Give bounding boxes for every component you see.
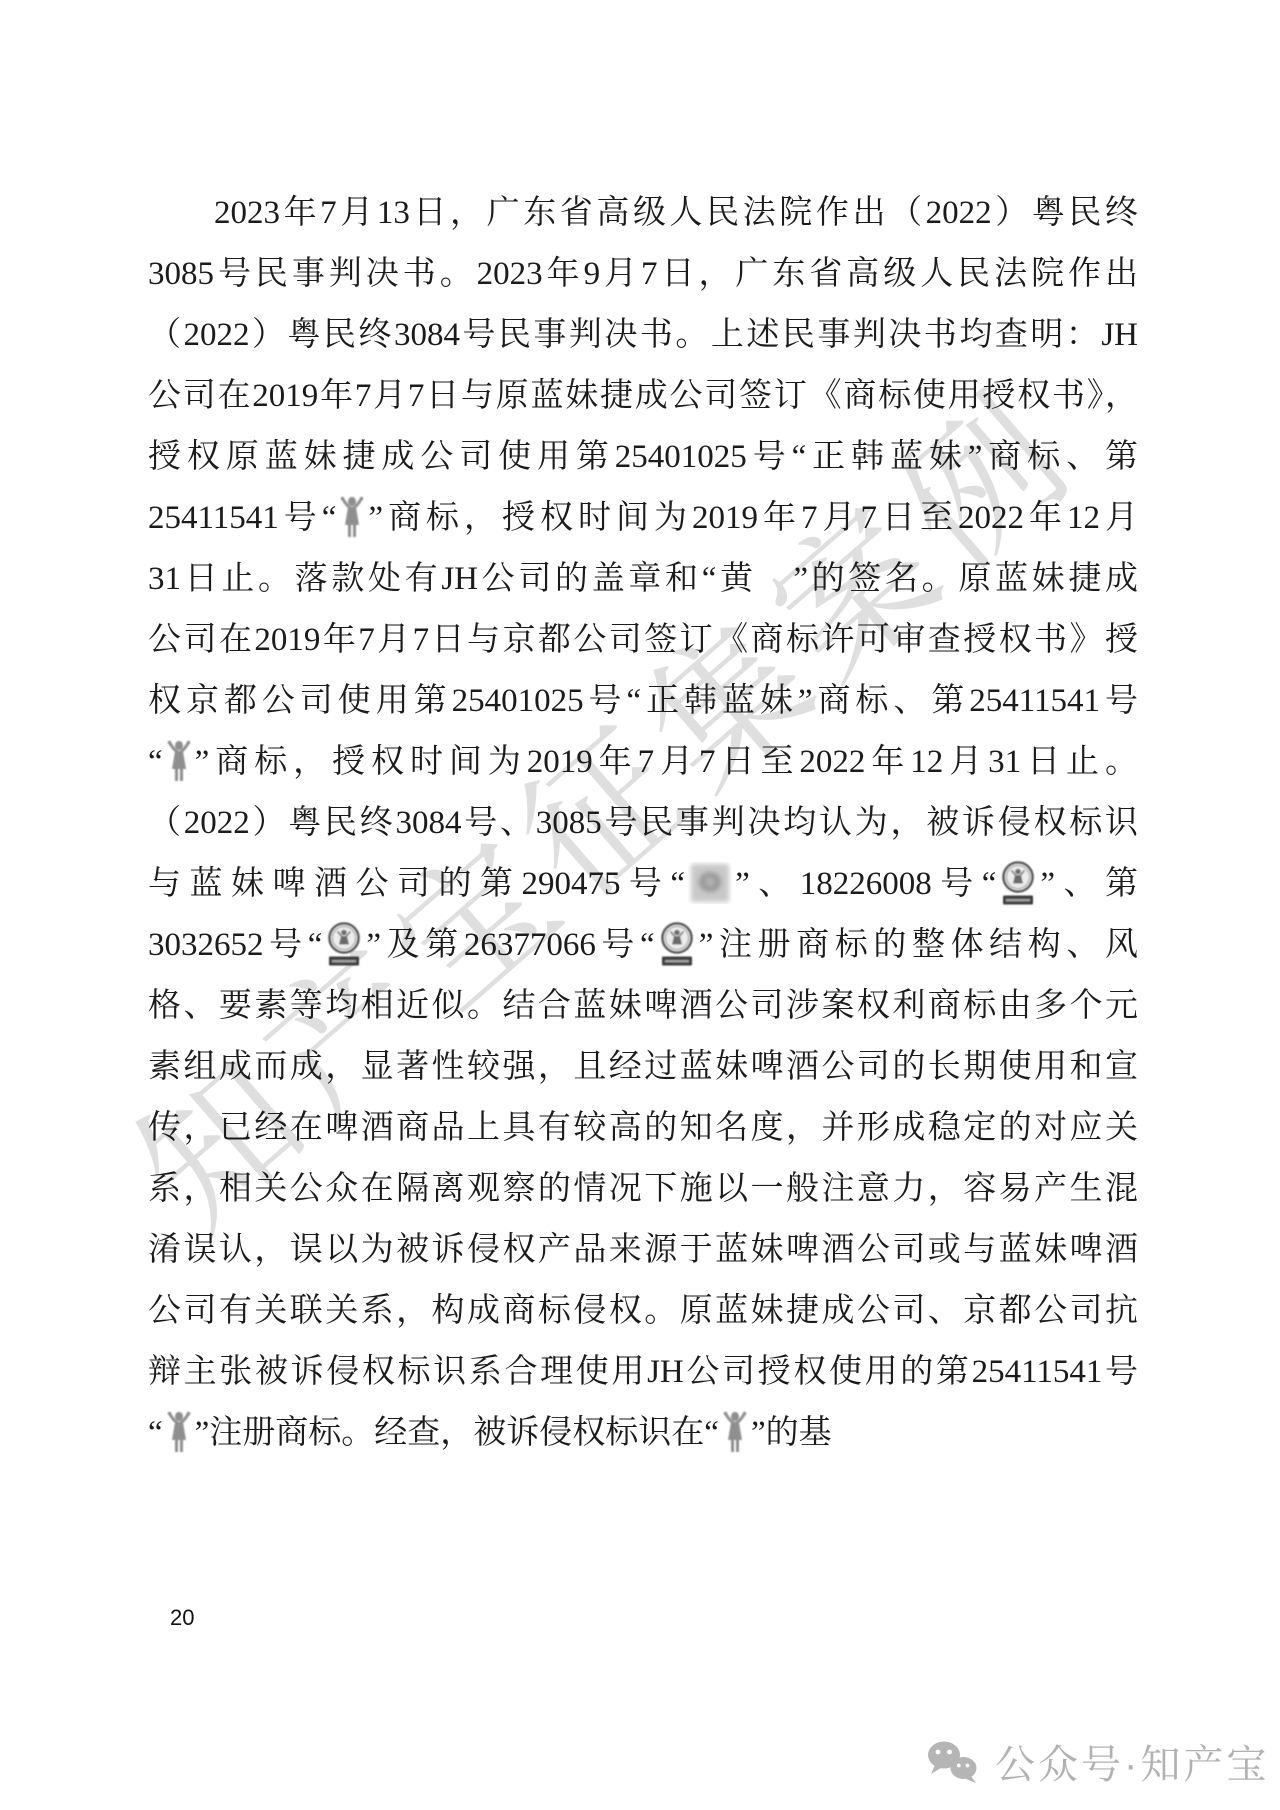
trademark-badge-icon [325, 920, 363, 968]
text-run: （2022）粤民终3084号、3085号民事判决均认为，被诉侵权标识 [148, 805, 1138, 841]
page-number: 20 [170, 1605, 194, 1631]
document-line: （2022）粤民终3084号、3085号民事判决均认为，被诉侵权标识 [148, 793, 1138, 854]
trademark-badge-icon [999, 859, 1037, 907]
text-run: “ [148, 744, 163, 780]
document-line: 辩主张被诉侵权标识系合理使用JH公司授权使用的第25411541号 [148, 1342, 1138, 1403]
text-run: 与蓝妹啤酒公司的第290475号“ [148, 866, 685, 902]
document-line: 授权原蓝妹捷成公司使用第25401025号“正韩蓝妹”商标、第 [148, 427, 1138, 488]
document-line: 格、要素等均相近似。结合蓝妹啤酒公司涉案权利商标由多个元 [148, 976, 1138, 1037]
text-run: 传，已经在啤酒商品上具有较高的知名度，并形成稳定的对应关 [148, 1110, 1138, 1146]
trademark-girl-icon [166, 739, 192, 783]
text-run: 3085号民事判决书。2023年9月7日，广东省高级人民法院作出 [148, 256, 1138, 292]
trademark-seal-blurred-icon [688, 862, 732, 904]
trademark-girl-icon [339, 495, 365, 539]
document-line: 3085号民事判决书。2023年9月7日，广东省高级人民法院作出 [148, 244, 1138, 305]
document-line: 权京都公司使用第25401025号“正韩蓝妹”商标、第25411541号 [148, 671, 1138, 732]
trademark-girl-icon [166, 1410, 192, 1454]
text-run: 公司在2019年7月7日与原蓝妹捷成公司签订《商标使用授权书》， [148, 378, 1138, 414]
text-run: 格、要素等均相近似。结合蓝妹啤酒公司涉案权利商标由多个元 [148, 988, 1138, 1024]
text-run: “ [148, 1415, 163, 1451]
text-run: 25411541号“ [148, 500, 336, 536]
document-line: 3032652号“ ”及第26377066号“ ”注册商标的整体结构、风 [148, 915, 1138, 976]
text-run: ”商标，授权时间为2019年7月7日至2022年12月31日止。 [195, 744, 1138, 780]
text-run: 31日止。落款处有JH公司的盖章和“黄 ”的签名。原蓝妹捷成 [148, 561, 1138, 597]
text-run: 公司有关联关系，构成商标侵权。原蓝妹捷成公司、京都公司抗 [148, 1293, 1138, 1329]
document-line: “ ”商标，授权时间为2019年7月7日至2022年12月31日止。 [148, 732, 1138, 793]
text-run: ”及第26377066号“ [366, 927, 654, 963]
footer: 公众号·知产宝 [925, 1733, 1269, 1790]
text-run: ”商标，授权时间为2019年7月7日至2022年12月 [368, 500, 1138, 536]
wechat-icon [925, 1739, 981, 1785]
document-body: 2023年7月13日，广东省高级人民法院作出（2022）粤民终3085号民事判决… [148, 183, 1138, 1464]
text-run: ”的基 [751, 1415, 832, 1451]
text-run: ”注册商标的整体结构、风 [699, 927, 1138, 963]
document-line: 公司在2019年7月7日与原蓝妹捷成公司签订《商标使用授权书》， [148, 366, 1138, 427]
judgment-page: { "page": { "background": "#ffffff", "te… [0, 0, 1280, 1810]
text-run: 系，相关公众在隔离观察的情况下施以一般注意力，容易产生混 [148, 1171, 1138, 1207]
document-line: 公司在2019年7月7日与京都公司签订《商标许可审查授权书》授 [148, 610, 1138, 671]
document-line: 2023年7月13日，广东省高级人民法院作出（2022）粤民终 [148, 183, 1138, 244]
text-run: 3032652号“ [148, 927, 322, 963]
text-run: 素组成而成，显著性较强，且经过蓝妹啤酒公司的长期使用和宣 [148, 1049, 1138, 1085]
document-line: （2022）粤民终3084号民事判决书。上述民事判决书均查明：JH [148, 305, 1138, 366]
trademark-badge-icon [658, 920, 696, 968]
document-line: “ ”注册商标。经查，被诉侵权标识在“ ”的基 [148, 1403, 1138, 1464]
text-run: ”、第 [1040, 866, 1138, 902]
document-line: 素组成而成，显著性较强，且经过蓝妹啤酒公司的长期使用和宣 [148, 1037, 1138, 1098]
text-run: 授权原蓝妹捷成公司使用第25401025号“正韩蓝妹”商标、第 [148, 439, 1138, 475]
document-line: 公司有关联关系，构成商标侵权。原蓝妹捷成公司、京都公司抗 [148, 1281, 1138, 1342]
text-run: ”注册商标。经查，被诉侵权标识在“ [195, 1415, 719, 1451]
text-run: 2023年7月13日，广东省高级人民法院作出（2022）粤民终 [214, 195, 1138, 231]
text-run: 公司在2019年7月7日与京都公司签订《商标许可审查授权书》授 [148, 622, 1138, 658]
text-run: 权京都公司使用第25401025号“正韩蓝妹”商标、第25411541号 [148, 683, 1138, 719]
text-run: 淆误认，误以为被诉侵权产品来源于蓝妹啤酒公司或与蓝妹啤酒 [148, 1232, 1138, 1268]
document-line: 淆误认，误以为被诉侵权产品来源于蓝妹啤酒公司或与蓝妹啤酒 [148, 1220, 1138, 1281]
trademark-girl-icon [722, 1410, 748, 1454]
document-line: 31日止。落款处有JH公司的盖章和“黄 ”的签名。原蓝妹捷成 [148, 549, 1138, 610]
footer-label: 公众号·知产宝 [995, 1733, 1269, 1790]
document-line: 与蓝妹啤酒公司的第290475号“ ”、18226008号“ ”、第 [148, 854, 1138, 915]
text-run: 辩主张被诉侵权标识系合理使用JH公司授权使用的第25411541号 [148, 1354, 1138, 1390]
document-line: 25411541号“ ”商标，授权时间为2019年7月7日至2022年12月 [148, 488, 1138, 549]
document-line: 系，相关公众在隔离观察的情况下施以一般注意力，容易产生混 [148, 1159, 1138, 1220]
text-run: （2022）粤民终3084号民事判决书。上述民事判决书均查明：JH [148, 317, 1138, 353]
text-run: ”、18226008号“ [735, 866, 996, 902]
document-line: 传，已经在啤酒商品上具有较高的知名度，并形成稳定的对应关 [148, 1098, 1138, 1159]
